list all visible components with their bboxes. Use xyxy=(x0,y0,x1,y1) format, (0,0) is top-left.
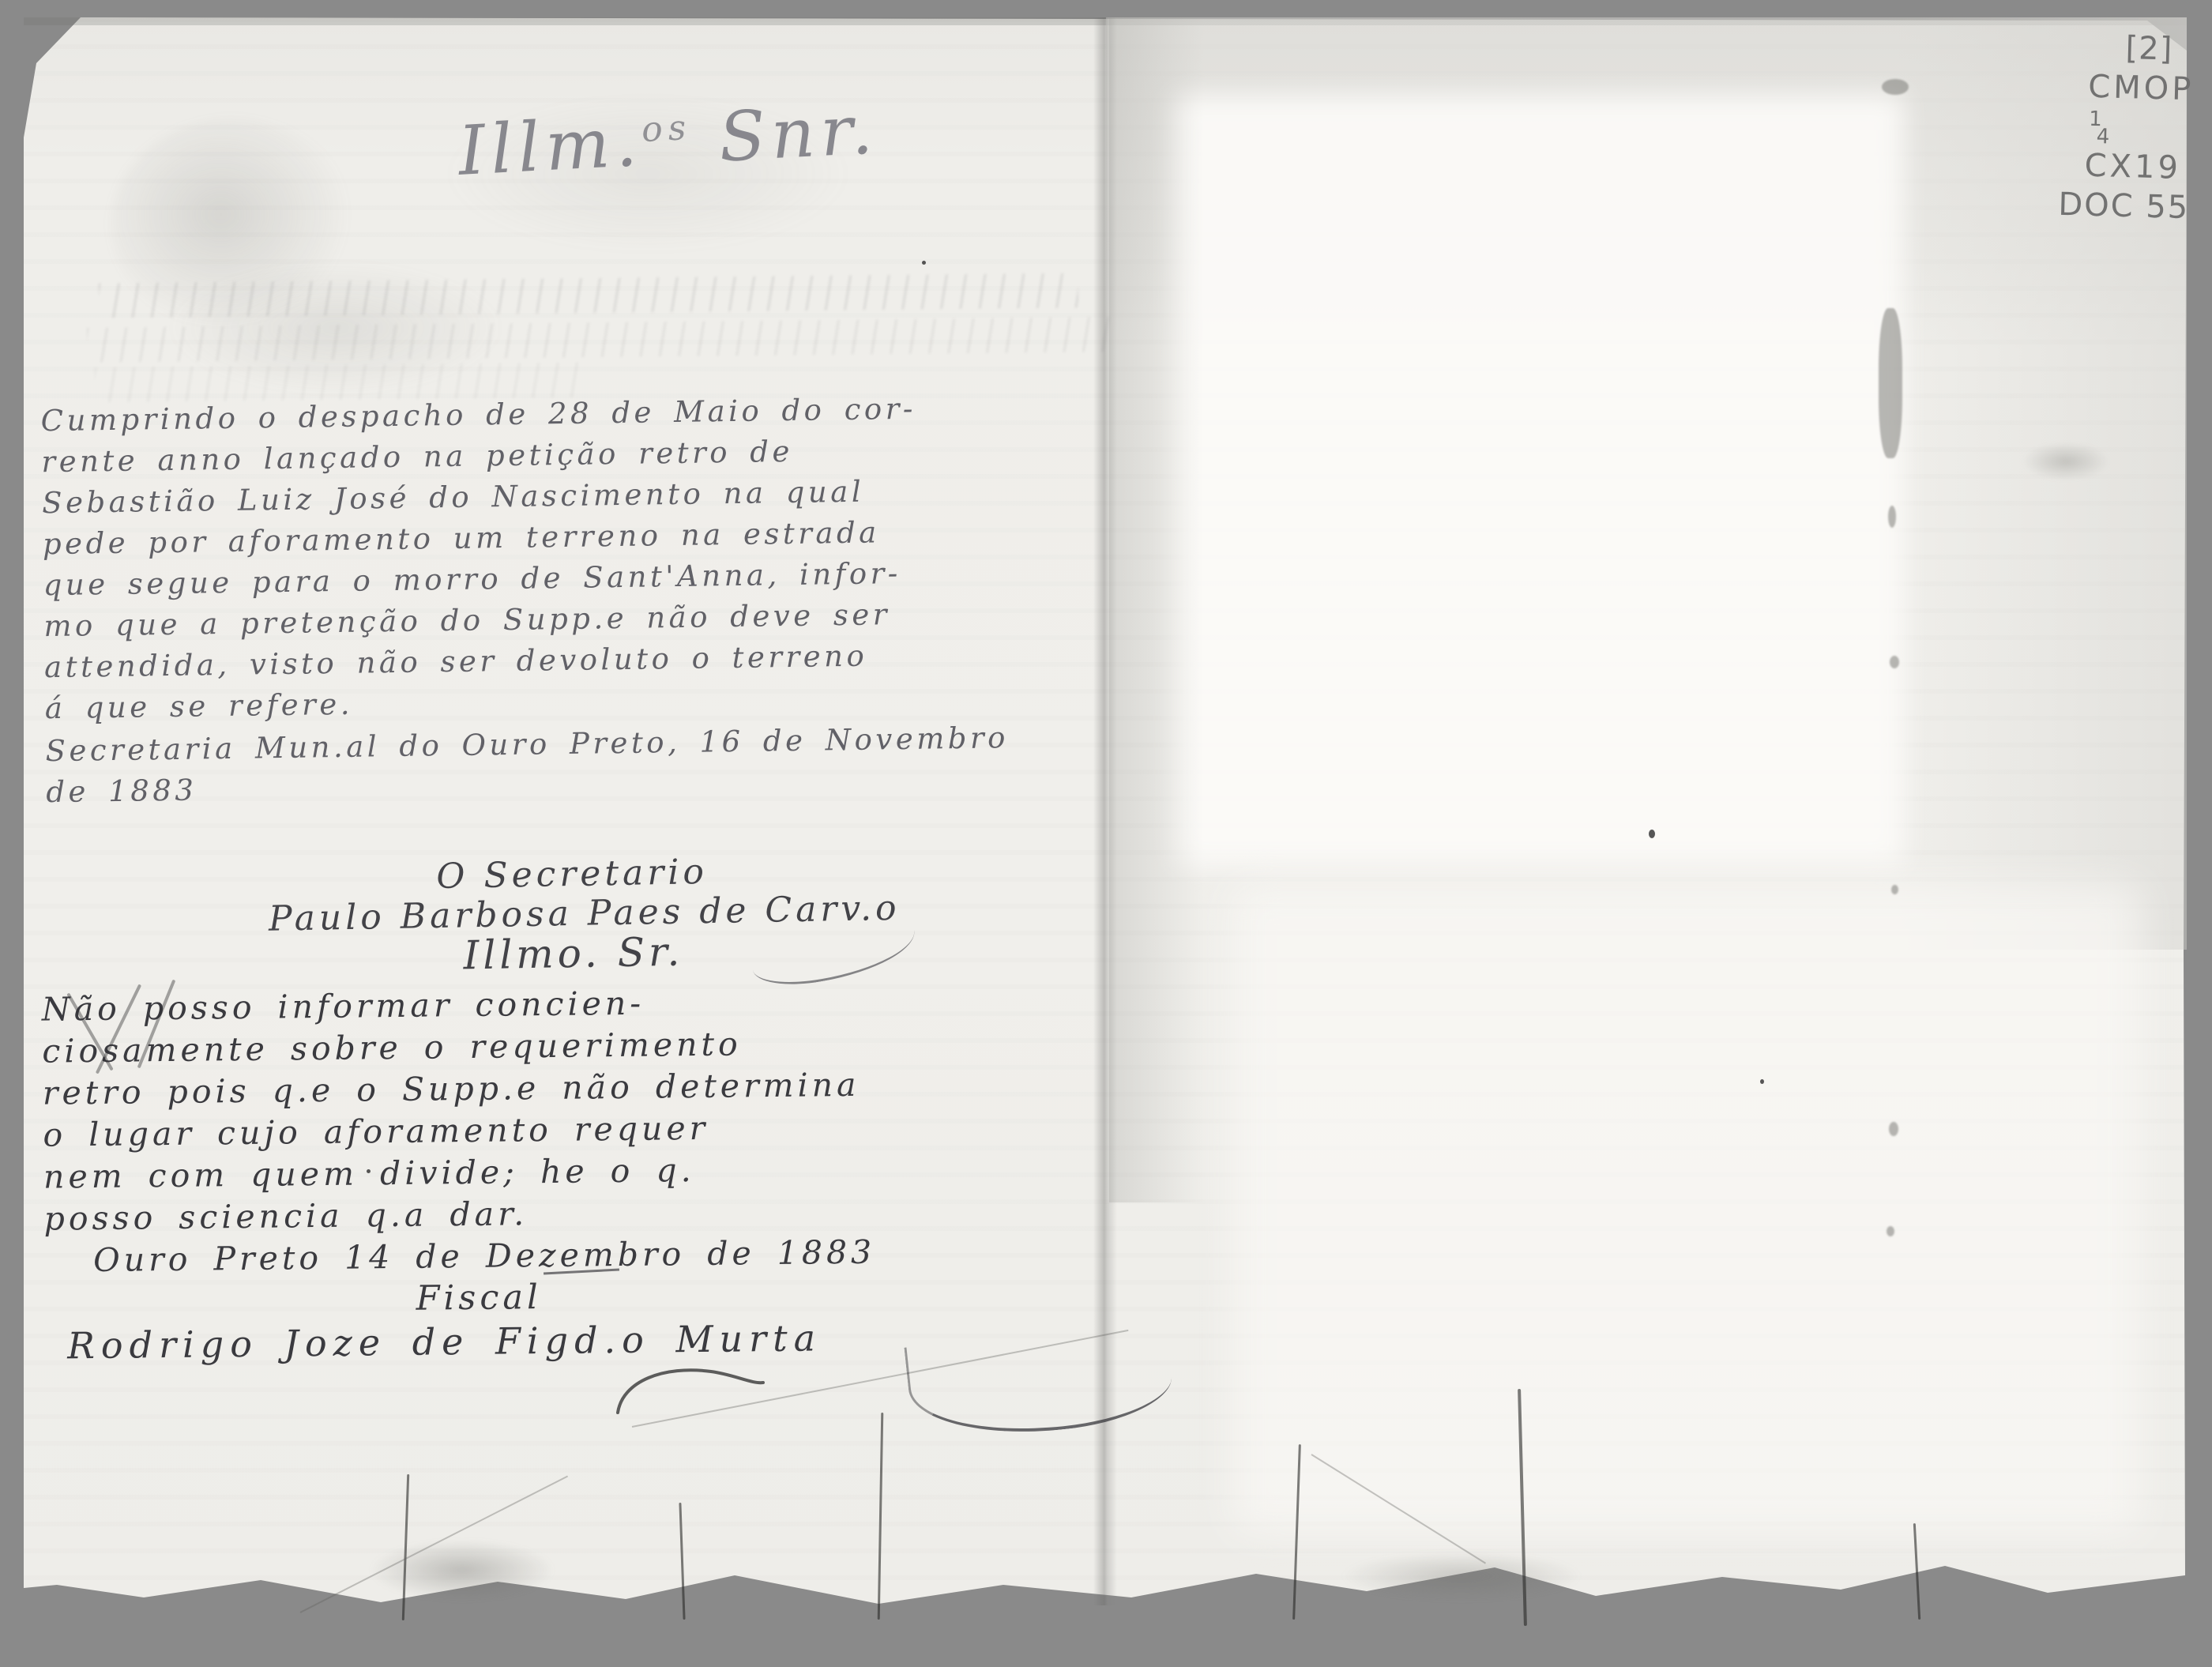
document-scan: Illm.os Snr. Cumprindo o despacho de 28 … xyxy=(0,0,2212,1667)
manuscript-sheet xyxy=(24,17,2187,1623)
